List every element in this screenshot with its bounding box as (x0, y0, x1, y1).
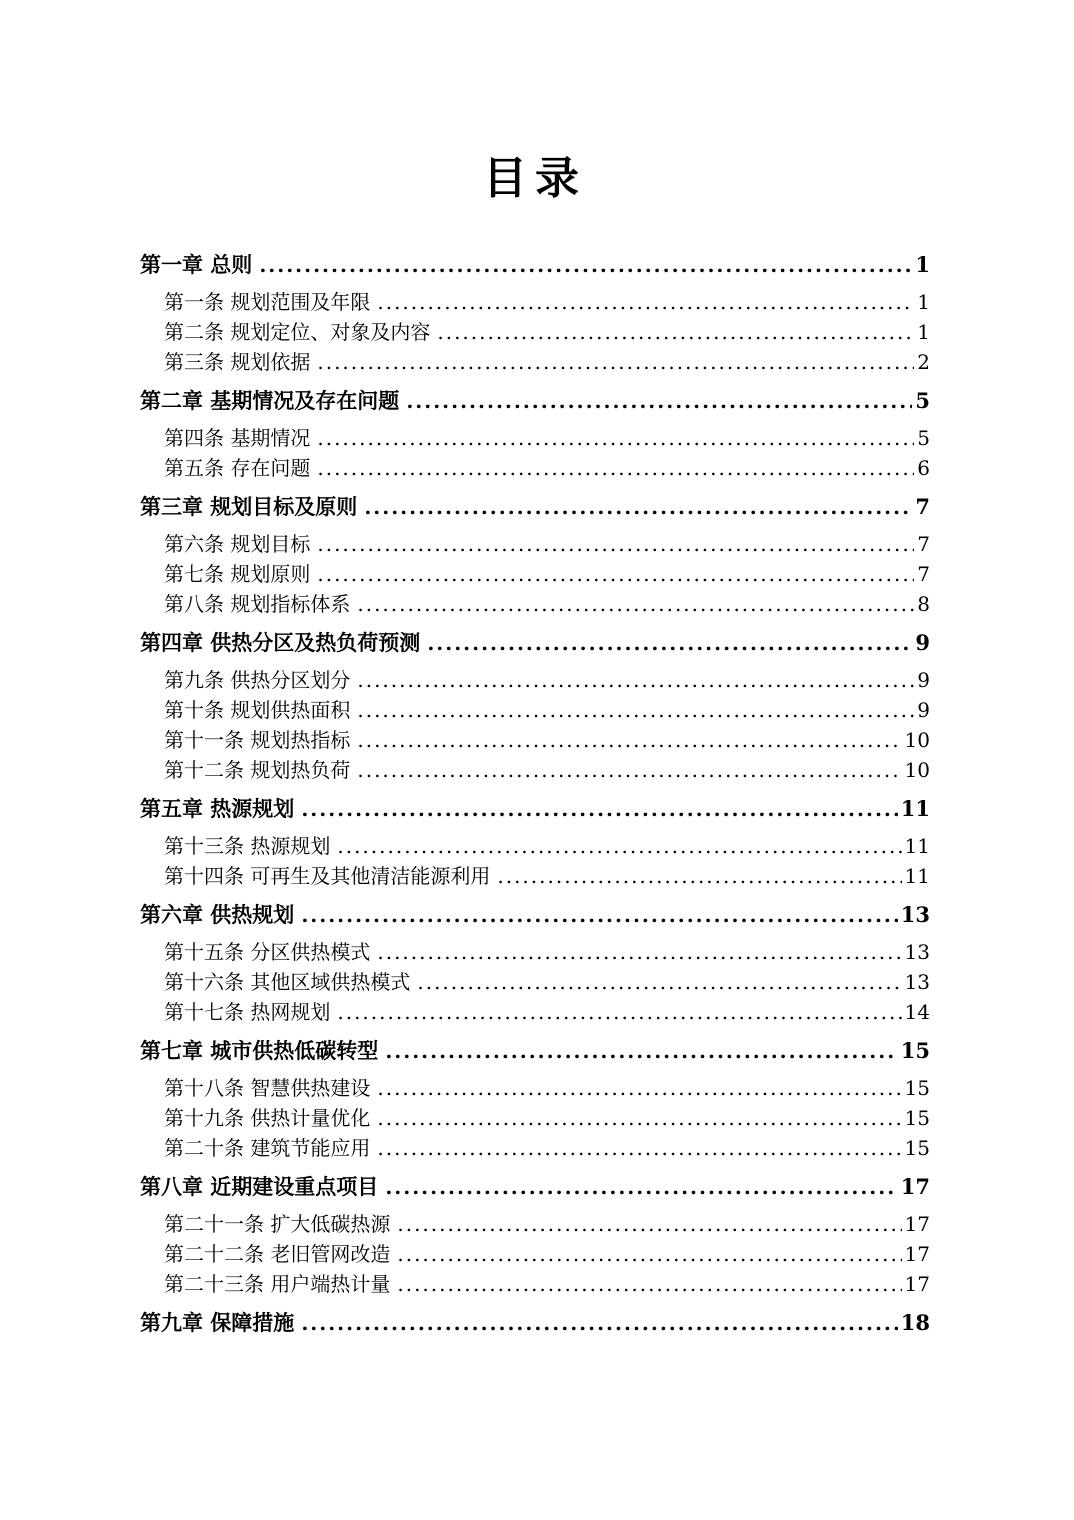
toc-item-page: 15 (902, 1073, 930, 1103)
toc-item-label: 第十八条 智慧供热建设 (164, 1073, 377, 1103)
toc-chapter-row: 第一章 总则 1 (140, 250, 930, 280)
toc-item-row: 第五条 存在问题 6 (140, 453, 930, 483)
toc-item-row: 第十四条 可再生及其他清洁能源利用 11 (140, 861, 930, 891)
toc-item-row: 第二十条 建筑节能应用 15 (140, 1133, 930, 1163)
toc-item-label: 第三条 规划依据 (164, 347, 317, 377)
toc-item-page: 8 (914, 589, 930, 619)
dot-leader (317, 453, 914, 483)
toc-item-page: 5 (914, 423, 930, 453)
toc-item-label: 第十五条 分区供热模式 (164, 937, 377, 967)
toc-item-row: 第七条 规划原则 7 (140, 559, 930, 589)
dot-leader (497, 861, 901, 891)
dot-leader (357, 755, 901, 785)
toc-item-page: 15 (902, 1103, 930, 1133)
toc-list: 第一章 总则 1 第一条 规划范围及年限 1 第二条 规划定位、对象及内容 1 … (140, 250, 930, 1338)
toc-item-label: 第七条 规划原则 (164, 559, 317, 589)
dot-leader (337, 997, 901, 1027)
toc-item-label: 第十六条 其他区域供热模式 (164, 967, 417, 997)
dot-leader (301, 1308, 897, 1338)
toc-item-label: 第十九条 供热计量优化 (164, 1103, 377, 1133)
toc-item-label: 第二十三条 用户端热计量 (164, 1269, 397, 1299)
toc-chapter-row: 第九章 保障措施 18 (140, 1308, 930, 1338)
dot-leader (364, 492, 912, 522)
toc-item-label: 第二十一条 扩大低碳热源 (164, 1209, 397, 1239)
toc-chapter-page: 18 (898, 1308, 930, 1338)
toc-chapter-row: 第八章 近期建设重点项目 17 (140, 1172, 930, 1202)
dot-leader (397, 1239, 901, 1269)
dot-leader (437, 317, 914, 347)
toc-item-page: 11 (902, 831, 930, 861)
toc-item-page: 6 (914, 453, 930, 483)
toc-item-row: 第二十三条 用户端热计量 17 (140, 1269, 930, 1299)
toc-item-label: 第十二条 规划热负荷 (164, 755, 357, 785)
dot-leader (357, 589, 914, 619)
dot-leader (357, 725, 901, 755)
toc-chapter-label: 第八章 近期建设重点项目 (140, 1172, 385, 1202)
toc-chapter-label: 第九章 保障措施 (140, 1308, 301, 1338)
dot-leader (259, 250, 912, 280)
dot-leader (317, 347, 914, 377)
toc-chapter-row: 第三章 规划目标及原则 7 (140, 492, 930, 522)
toc-item-row: 第九条 供热分区划分 9 (140, 665, 930, 695)
toc-item-page: 2 (914, 347, 930, 377)
dot-leader (417, 967, 901, 997)
toc-item-page: 10 (902, 755, 930, 785)
dot-leader (317, 559, 914, 589)
toc-item-row: 第十三条 热源规划 11 (140, 831, 930, 861)
toc-item-label: 第五条 存在问题 (164, 453, 317, 483)
toc-item-label: 第六条 规划目标 (164, 529, 317, 559)
dot-leader (301, 794, 897, 824)
toc-item-row: 第十八条 智慧供热建设 15 (140, 1073, 930, 1103)
toc-chapter-row: 第五章 热源规划 11 (140, 794, 930, 824)
toc-item-row: 第二条 规划定位、对象及内容 1 (140, 317, 930, 347)
toc-chapter-row: 第二章 基期情况及存在问题 5 (140, 386, 930, 416)
toc-item-row: 第六条 规划目标 7 (140, 529, 930, 559)
toc-item-label: 第二条 规划定位、对象及内容 (164, 317, 437, 347)
dot-leader (397, 1269, 901, 1299)
toc-item-row: 第四条 基期情况 5 (140, 423, 930, 453)
toc-chapter-label: 第七章 城市供热低碳转型 (140, 1036, 385, 1066)
toc-item-page: 10 (902, 725, 930, 755)
dot-leader (397, 1209, 901, 1239)
toc-chapter-label: 第五章 热源规划 (140, 794, 301, 824)
document-page: 目录 第一章 总则 1 第一条 规划范围及年限 1 第二条 规划定位、对象及内容… (0, 0, 1074, 1520)
toc-item-row: 第一条 规划范围及年限 1 (140, 287, 930, 317)
toc-chapter-page: 1 (912, 250, 930, 280)
toc-item-page: 1 (914, 287, 930, 317)
toc-item-label: 第十七条 热网规划 (164, 997, 337, 1027)
toc-chapter-row: 第七章 城市供热低碳转型 15 (140, 1036, 930, 1066)
toc-chapter-label: 第六章 供热规划 (140, 900, 301, 930)
toc-item-page: 1 (914, 317, 930, 347)
toc-item-label: 第十一条 规划热指标 (164, 725, 357, 755)
toc-item-label: 第二十二条 老旧管网改造 (164, 1239, 397, 1269)
toc-item-page: 9 (914, 665, 930, 695)
dot-leader (377, 937, 901, 967)
toc-item-page: 7 (914, 529, 930, 559)
page-title: 目录 (140, 0, 930, 206)
toc-item-row: 第十五条 分区供热模式 13 (140, 937, 930, 967)
toc-item-page: 11 (902, 861, 930, 891)
dot-leader (357, 695, 914, 725)
toc-item-row: 第十一条 规划热指标 10 (140, 725, 930, 755)
toc-item-row: 第八条 规划指标体系 8 (140, 589, 930, 619)
toc-item-page: 17 (902, 1269, 930, 1299)
dot-leader (385, 1172, 897, 1202)
toc-item-page: 14 (902, 997, 930, 1027)
toc-item-page: 17 (902, 1209, 930, 1239)
dot-leader (301, 900, 897, 930)
toc-item-row: 第十条 规划供热面积 9 (140, 695, 930, 725)
toc-chapter-label: 第一章 总则 (140, 250, 259, 280)
toc-item-label: 第十条 规划供热面积 (164, 695, 357, 725)
dot-leader (337, 831, 901, 861)
dot-leader (377, 1133, 901, 1163)
toc-item-page: 9 (914, 695, 930, 725)
toc-item-row: 第二十一条 扩大低碳热源 17 (140, 1209, 930, 1239)
toc-item-label: 第四条 基期情况 (164, 423, 317, 453)
toc-item-row: 第三条 规划依据 2 (140, 347, 930, 377)
toc-item-page: 13 (902, 967, 930, 997)
toc-item-label: 第十四条 可再生及其他清洁能源利用 (164, 861, 497, 891)
toc-chapter-label: 第二章 基期情况及存在问题 (140, 386, 406, 416)
dot-leader (317, 529, 914, 559)
toc-item-label: 第一条 规划范围及年限 (164, 287, 377, 317)
dot-leader (377, 1103, 901, 1133)
toc-chapter-row: 第六章 供热规划 13 (140, 900, 930, 930)
toc-item-page: 7 (914, 559, 930, 589)
dot-leader (377, 1073, 901, 1103)
dot-leader (427, 628, 912, 658)
toc-item-row: 第二十二条 老旧管网改造 17 (140, 1239, 930, 1269)
toc-chapter-page: 15 (898, 1036, 930, 1066)
toc-item-page: 17 (902, 1239, 930, 1269)
toc-chapter-page: 9 (912, 628, 930, 658)
toc-item-label: 第十三条 热源规划 (164, 831, 337, 861)
toc-chapter-page: 7 (912, 492, 930, 522)
toc-item-row: 第十九条 供热计量优化 15 (140, 1103, 930, 1133)
toc-chapter-page: 11 (898, 794, 930, 824)
toc-item-label: 第八条 规划指标体系 (164, 589, 357, 619)
toc-item-row: 第十二条 规划热负荷 10 (140, 755, 930, 785)
toc-item-label: 第二十条 建筑节能应用 (164, 1133, 377, 1163)
toc-chapter-page: 13 (898, 900, 930, 930)
toc-chapter-label: 第四章 供热分区及热负荷预测 (140, 628, 427, 658)
dot-leader (385, 1036, 897, 1066)
dot-leader (357, 665, 914, 695)
toc-chapter-row: 第四章 供热分区及热负荷预测 9 (140, 628, 930, 658)
toc-chapter-page: 17 (898, 1172, 930, 1202)
toc-chapter-label: 第三章 规划目标及原则 (140, 492, 364, 522)
dot-leader (406, 386, 912, 416)
toc-chapter-page: 5 (912, 386, 930, 416)
toc-item-page: 15 (902, 1133, 930, 1163)
dot-leader (377, 287, 914, 317)
toc-item-label: 第九条 供热分区划分 (164, 665, 357, 695)
toc-item-row: 第十七条 热网规划 14 (140, 997, 930, 1027)
toc-item-row: 第十六条 其他区域供热模式 13 (140, 967, 930, 997)
dot-leader (317, 423, 914, 453)
toc-item-page: 13 (902, 937, 930, 967)
